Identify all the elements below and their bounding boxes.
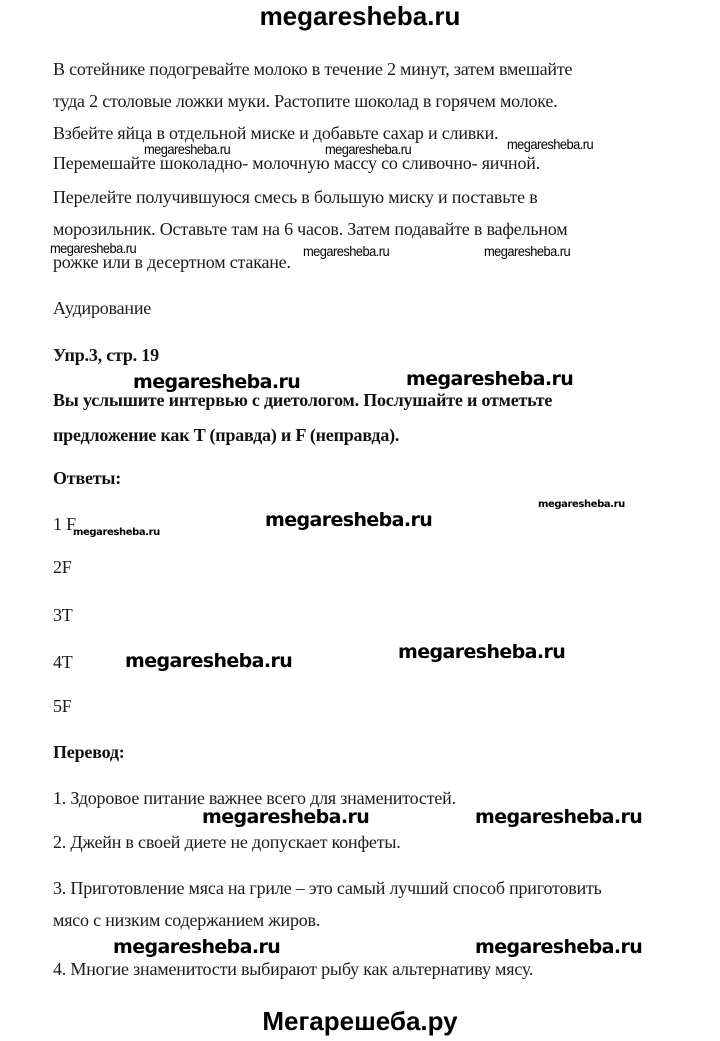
watermark: megaresheba.ru [475,936,642,958]
watermark: megaresheba.ru [113,936,280,958]
translation-line: 4. Многие знаменитости выбирают рыбу как… [53,958,533,980]
watermark: megaresheba.ru [202,806,369,828]
watermark: megaresheba.ru [507,136,593,152]
watermark: megaresheba.ru [475,806,642,828]
watermark: megaresheba.ru [73,527,160,539]
answer-item: 5F [53,695,72,717]
answer-item: 4T [53,651,73,673]
watermark: megaresheba.ru [406,368,573,390]
translation-line: 3. Приготовление мяса на гриле – это сам… [53,877,602,899]
watermark: megaresheba.ru [538,499,625,511]
answers-heading: Ответы: [53,467,121,489]
recipe-line: В сотейнике подогревайте молоко в течени… [53,58,572,80]
exercise-reference: Упр.3, стр. 19 [53,344,159,366]
watermark: megaresheba.ru [265,509,432,531]
watermark: megaresheba.ru [133,371,300,393]
recipe-line: морозильник. Оставьте там на 6 часов. За… [53,218,567,240]
exercise-instruction: Вы услышите интервью с диетологом. Послу… [53,389,552,411]
watermark: megaresheba.ru [303,243,389,259]
watermark: megaresheba.ru [144,141,230,157]
watermark: megaresheba.ru [325,141,411,157]
translation-heading: Перевод: [53,741,125,763]
site-footer-title: Мегарешеба.ру [0,1005,720,1037]
watermark: megaresheba.ru [484,243,570,259]
translation-line: мясо с низким содержанием жиров. [53,909,320,931]
watermark: megaresheba.ru [125,650,292,672]
answer-item: 3T [53,604,73,626]
recipe-line: Перелейте получившуюся смесь в большую м… [53,186,538,208]
translation-line: 2. Джейн в своей диете не допускает конф… [53,831,401,853]
recipe-line: туда 2 столовые ложки муки. Растопите шо… [53,90,558,112]
answer-item: 2F [53,556,72,578]
watermark: megaresheba.ru [50,240,136,256]
recipe-line: Перемешайте шоколадно- молочную массу со… [53,152,540,174]
exercise-instruction: предложение как T (правда) и F (неправда… [53,424,399,446]
recipe-line: Взбейте яйца в отдельной миске и добавьт… [53,122,498,144]
site-header-title: megaresheba.ru [0,0,720,32]
section-title: Аудирование [53,297,151,319]
watermark: megaresheba.ru [398,641,565,663]
